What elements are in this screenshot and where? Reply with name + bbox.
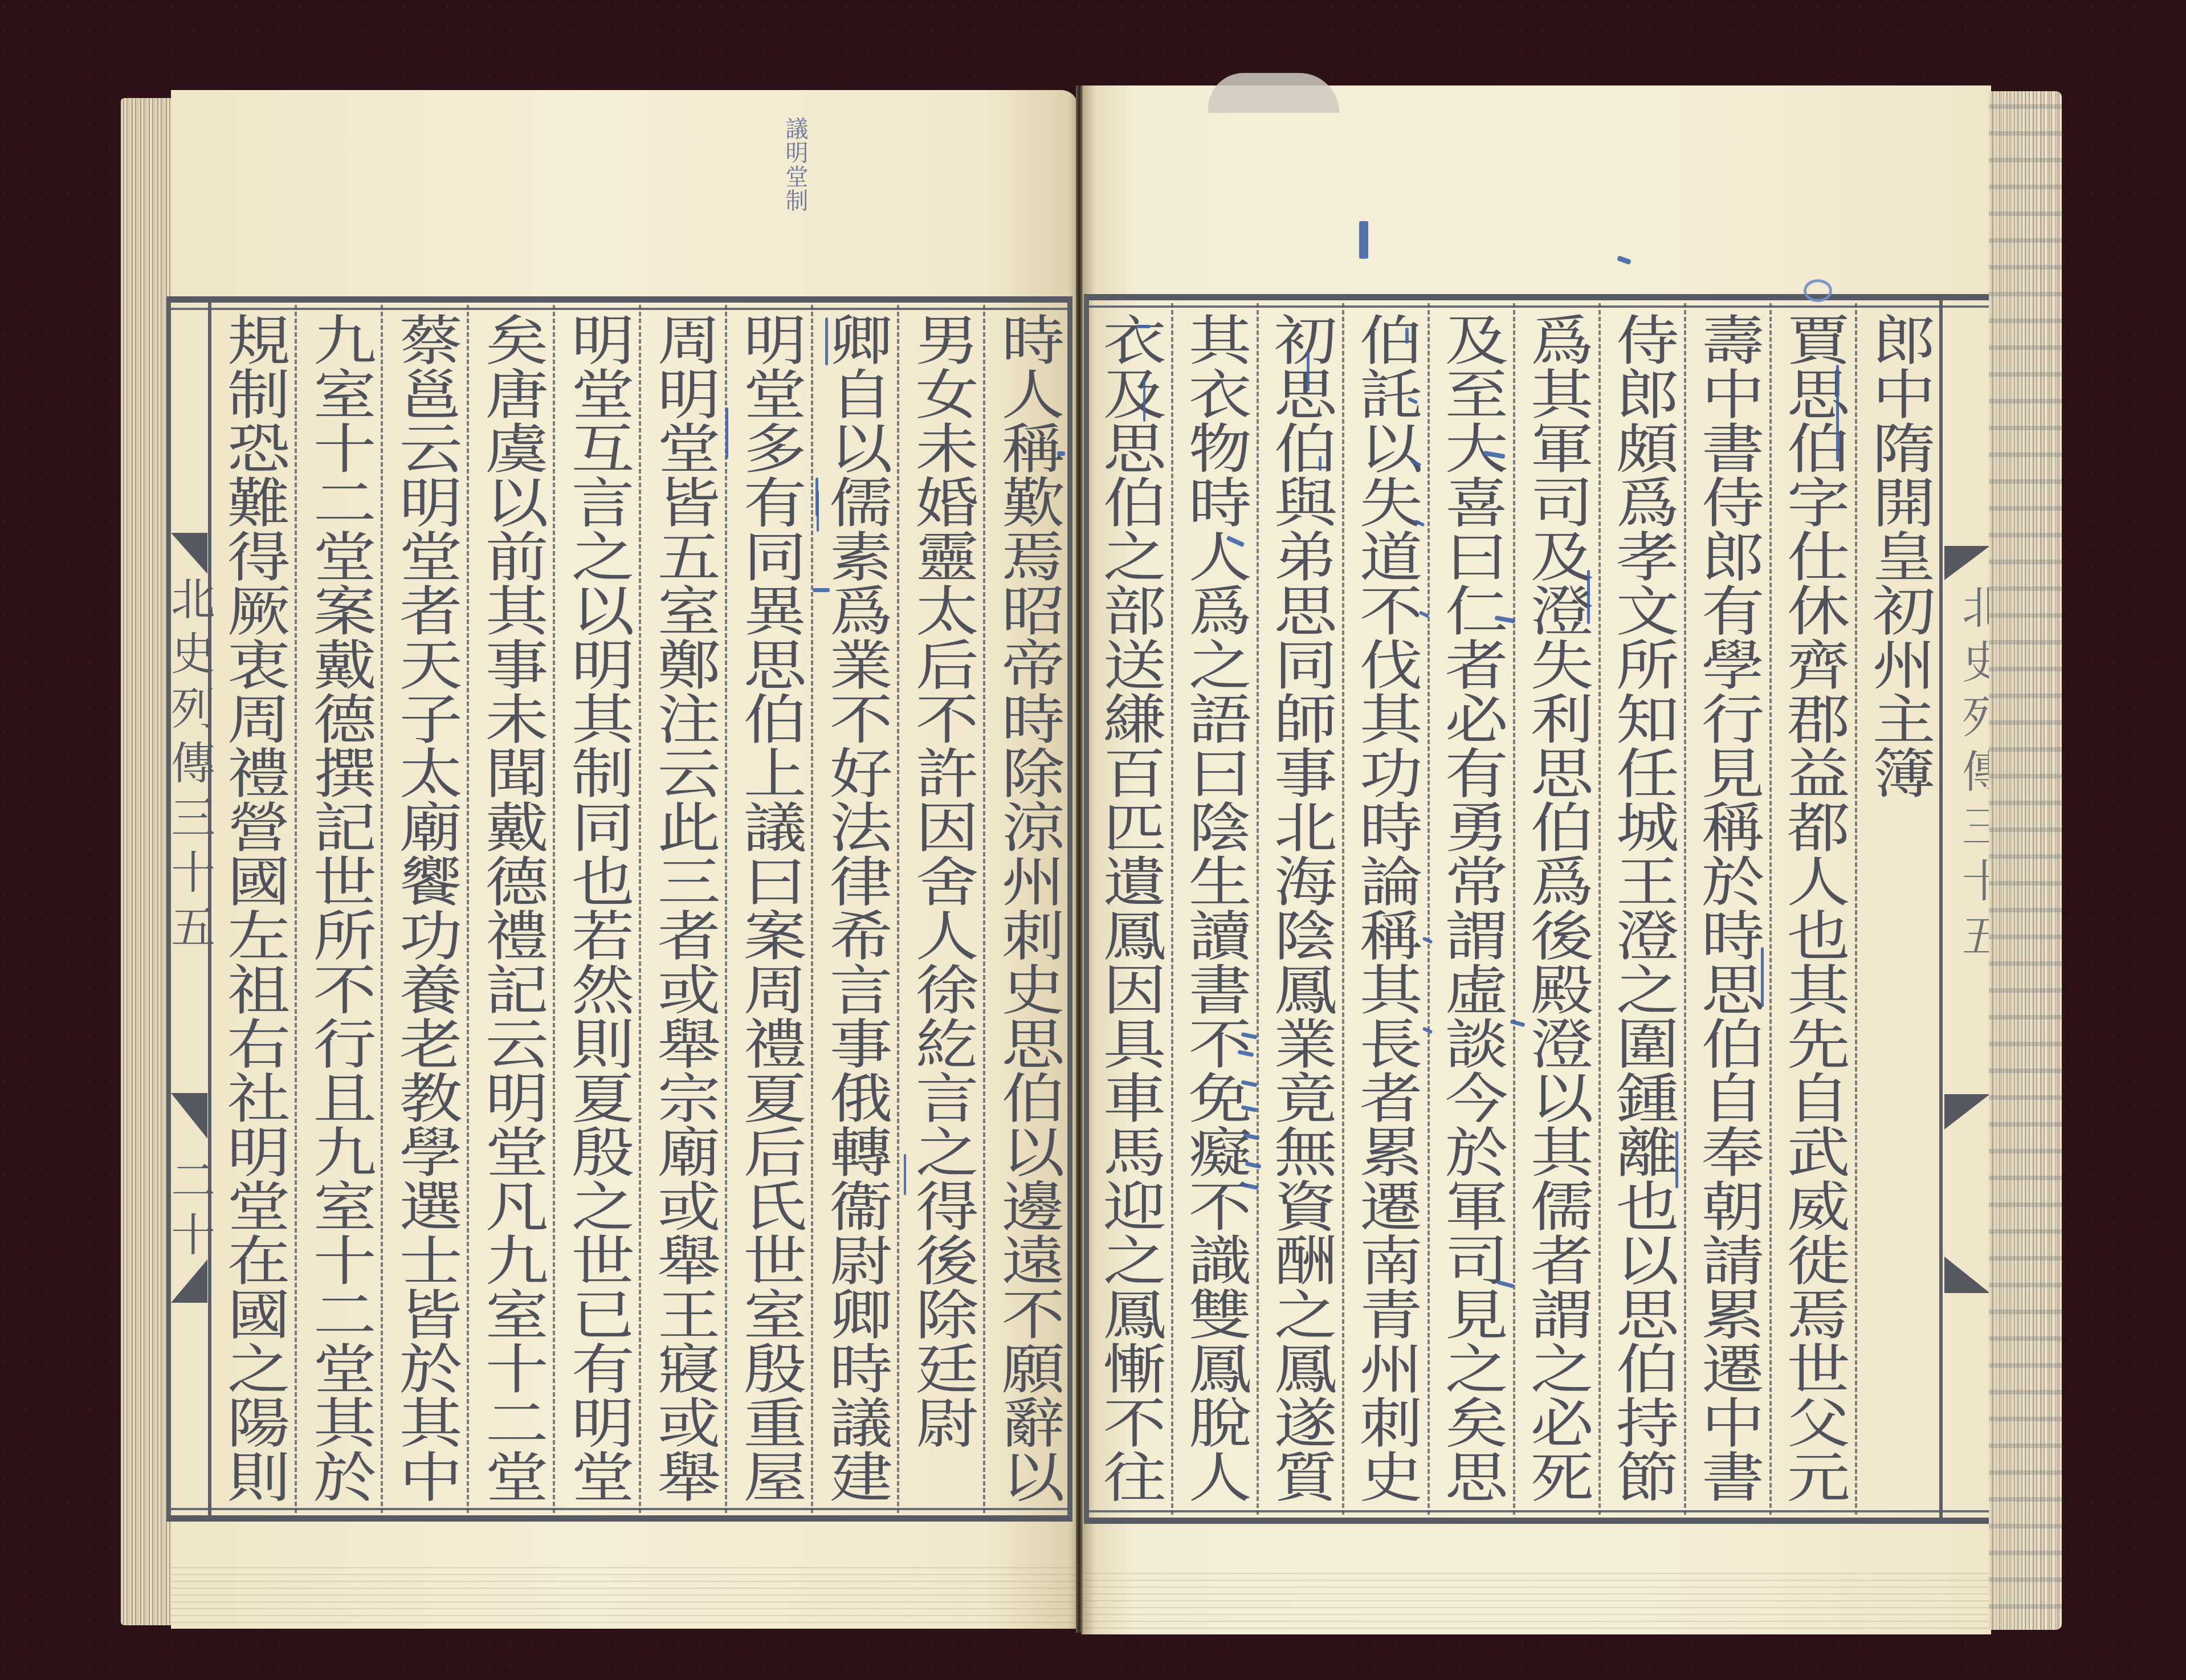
text-column: 衣及思伯之部送縑百匹遺鳳因具車馬迎之鳳慚不往 — [1078, 312, 1179, 1515]
text-column: 明堂多有同異思伯上議曰案周禮夏后氏世室殷重屋 — [719, 312, 819, 1515]
blue-pencil-mark — [813, 588, 830, 592]
blue-pencil-mark — [817, 491, 819, 532]
blue-pencil-mark — [904, 1154, 906, 1195]
blue-pencil-mark — [1761, 947, 1764, 1007]
blue-pencil-mark — [1587, 570, 1590, 624]
paper-tab — [1208, 73, 1339, 113]
blue-pencil-mark — [725, 407, 728, 459]
blue-pencil-mark — [825, 317, 828, 365]
text-column: 時人稱歎焉昭帝時除涼州刺史思伯以邊遠不願辭以 — [977, 312, 1078, 1515]
blue-pencil-mark — [1359, 221, 1368, 259]
blue-pencil-mark — [1675, 1131, 1678, 1188]
text-column: 矣唐虞以前其事未聞戴德禮記云明堂凡九室十二堂 — [460, 312, 561, 1515]
blue-pencil-mark — [1143, 380, 1145, 422]
text-column: 規制恐難得厥衷周禮營國左祖右社明堂在國之陽則 — [202, 312, 303, 1515]
blue-pencil-mark — [1319, 456, 1322, 471]
text-column: 蔡邕云明堂者天子太廟饗功養老教學選士皆於其中 — [374, 312, 475, 1515]
handwritten-annotation: 議明堂制 — [782, 117, 808, 213]
text-column: 周明堂皆五室鄭注云此三者或舉宗廟或舉王寢或舉 — [633, 312, 733, 1515]
right-page-bottom-edge — [1082, 1567, 1991, 1634]
blue-circle-mark — [1804, 279, 1832, 302]
text-column: 男女未婚靈太后不許因舍人徐紇言之得後除廷尉 — [891, 312, 992, 1515]
left-page-bottom-edge — [171, 1561, 1078, 1629]
text-column: 九室十二堂案戴德撰記世所不行且九室十二堂其於 — [288, 312, 389, 1515]
blue-pencil-mark — [1405, 328, 1409, 344]
text-column: 卿自以儒素爲業不好法律希言事俄轉衞尉卿時議建 — [805, 312, 906, 1515]
text-column: 明堂互言之以明其制同也若然則夏殷之世已有明堂 — [546, 312, 647, 1515]
right-page-edge-stack — [1989, 91, 2062, 1630]
blue-pencil-mark — [1137, 325, 1151, 328]
blue-pencil-mark — [1307, 351, 1310, 391]
blue-pencil-mark — [1057, 451, 1065, 456]
blue-pencil-mark — [1836, 365, 1839, 462]
